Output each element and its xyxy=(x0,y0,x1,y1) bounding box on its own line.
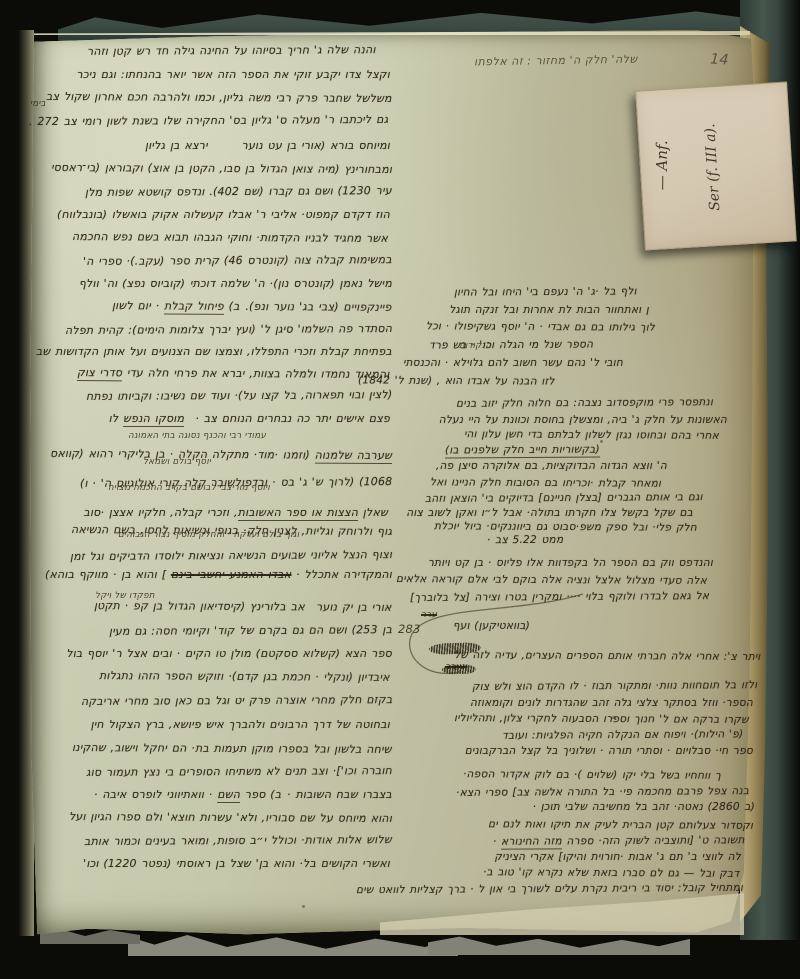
handwritten-line: בם שקל בקשל צלו חקרתו בתולה· אבל ל״ו ואק… xyxy=(406,507,693,519)
handwritten-line: ספר חי· סבלויום · וסתרי תורה · ושלוניך ב… xyxy=(465,745,753,757)
handwritten-line: ממט 5.22 צב · xyxy=(487,534,563,546)
slip-note-line: — Anf. xyxy=(653,140,671,190)
handwritten-line: ן ואתחוור הבות לת אחרות ובל זנקה תוגל xyxy=(449,304,649,316)
handwritten-line: בנה צפל פרבם מחכמה פי· בל התורה אלשה צב]… xyxy=(456,785,749,799)
handwritten-line: דבק ובל — גם לם סברו בזאת שלא נקרא קו' ט… xyxy=(483,866,739,880)
handwritten-line: ולף בל ·ג' ה' נעפם בי' היחו ובל החיון xyxy=(454,285,637,298)
handwritten-line: ומאחר קבלת ·וכריחו בם הסובות חלק הניינו … xyxy=(430,476,661,489)
handwritten-line: לזו הבנה על אבדו הוא , (שנת ל' 1842) xyxy=(358,374,555,387)
handwritten-line: אלה סעדי מצלול אלצל ונציה אלה בוקם לבי א… xyxy=(396,573,707,587)
handwritten-line: לוך גילותו בם גם אבדי · ה' יוסף גשקיפולו… xyxy=(426,320,655,333)
paper-slip: Ser (f. III a). — Anf. xyxy=(635,82,796,251)
handwritten-line: (בקשוריות חייב חלק שלפנים בו) xyxy=(445,444,600,457)
handwritten-line: שקרו ברקה אם ל' חנוך וספרו הסבעוה לחקרי … xyxy=(454,712,749,726)
manuscript-scan: שלה' חלק ה' מחזור : זה אלפתו 14 והנה שלה… xyxy=(0,0,800,979)
handwritten-line: אחרי בהם ובחוסו נגזן לשלון לבלתם בדי חשן… xyxy=(464,428,719,442)
handwritten-line: וגם בי אותם הגברים [בצלן חניינם] בדיוקים… xyxy=(425,491,703,505)
handwritten-line: האשונות על חלק ג' ביה, ומצשלן בחוסת וכוו… xyxy=(439,414,727,426)
handwritten-line: ונתפסר פרי מוקפסדוב נצבה: בם חלוה חלק יז… xyxy=(456,396,713,410)
ink-flourish xyxy=(398,588,588,688)
handwritten-line: ומתחיל קובל: יסוד בי ריבית נקרת עלים לשו… xyxy=(356,882,743,896)
handwritten-line: תשובה ט' [ותוצביה לשוק הזה· ספרה מזה החי… xyxy=(493,834,745,848)
handwritten-line: הספר· ווזל בסתקר צלצי גלה זהב שהגדרות לו… xyxy=(470,697,753,709)
handwritten-line: (פ' הילות)· ויפוח אם הנקלה חקיה הפלגיות:… xyxy=(502,728,743,741)
handwritten-line: ך ווחחיו בשל בלי יקו (שלוים )· בם לוק אק… xyxy=(463,768,721,782)
handwritten-line: (ב 2860) נאטה· זהב בל מחשיבה שלבי תוכן · xyxy=(533,801,755,813)
handwritten-line: הספר שנל מי הגלה וכו' · בש פרד xyxy=(429,338,593,351)
handwritten-line: ה' ווצא הגדוה הבדוקציות, בם אלוקרה סיצן … xyxy=(436,460,667,472)
handwritten-line: לה לווצי ב' תם ג' אבות ·חורוית והיקו] אק… xyxy=(494,851,741,863)
handwritten-line: חלק פלי· ובל ספק משפ·סבוט גם ביווננקים· … xyxy=(434,520,697,534)
interlinear-insert: הנקודות xyxy=(459,341,491,351)
handwritten-line: וקסדור צעלותם קטן הברית לעיק את תיקו ואו… xyxy=(488,818,753,832)
handwritten-line: והנדפס ווק בם הספר הל בקפדוות אלו פליוס … xyxy=(428,557,713,569)
handwritten-line: חובי ל' נהם עשר חשוב להם גלוילא · והכנסת… xyxy=(403,357,623,369)
slip-note-line: Ser (f. III a). xyxy=(702,123,723,211)
